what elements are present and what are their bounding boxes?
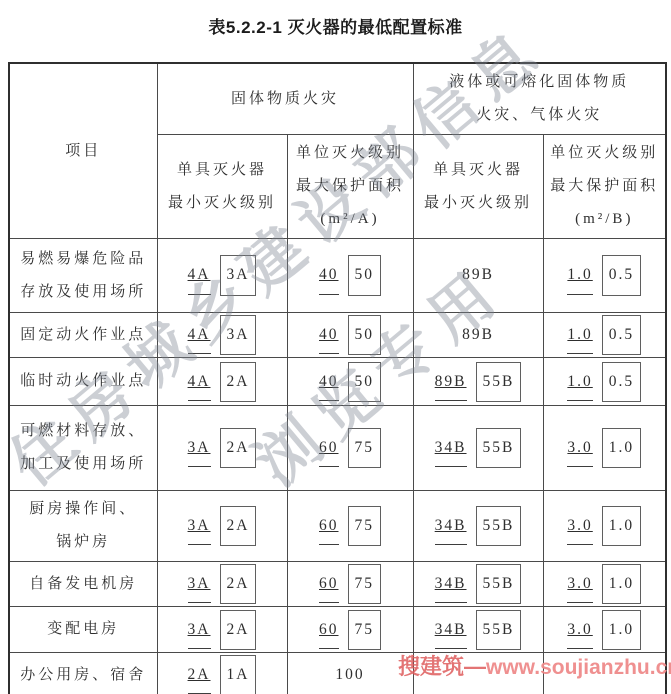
cell-liquid-min-rating: 89B55B: [413, 358, 543, 406]
value-new: 55B: [476, 610, 522, 650]
value-old: 40: [319, 365, 339, 401]
cell-solid-min-rating: 4A2A: [157, 358, 287, 406]
cell-solid-min-rating: 3A2A: [157, 406, 287, 491]
value-old: 60: [319, 431, 339, 467]
value-new: 3A: [220, 315, 257, 355]
cell-liquid-min-rating: [413, 653, 543, 694]
value-new: 0.5: [602, 255, 641, 295]
value-new: 2A: [220, 362, 257, 402]
table-row: 自备发电机房 3A2A 6075 34B55B 3.01.0: [9, 562, 666, 607]
value-old: 2A: [188, 658, 211, 694]
cell-solid-min-rating: 2A1A: [157, 653, 287, 694]
value-old: 3A: [188, 613, 211, 649]
value-new: 1.0: [602, 610, 641, 650]
row-label: 自备发电机房: [9, 562, 157, 607]
row-label: 易燃易爆危险品 存放及使用场所: [9, 239, 157, 313]
value-new: 55B: [476, 564, 522, 604]
value-old: 34B: [435, 613, 467, 649]
value-old: 60: [319, 567, 339, 603]
value-old: 34B: [435, 567, 467, 603]
subheader-solid-max-area: 单位灭火级别 最大保护面积 (m²/A): [287, 135, 413, 239]
value-old: 3A: [188, 431, 211, 467]
table-row: 可燃材料存放、 加工及使用场所 3A2A 6075 34B55B 3.01.0: [9, 406, 666, 491]
group-header-liquid: 液体或可熔化固体物质 火灾、气体火灾: [413, 63, 666, 135]
cell-solid-max-area: 100: [287, 653, 413, 694]
cell-solid-max-area: 4050: [287, 313, 413, 358]
value-old: 1.0: [567, 258, 592, 294]
value-old: 3.0: [567, 613, 592, 649]
config-table: 项目 固体物质火灾 液体或可熔化固体物质 火灾、气体火灾 单具灭火器 最小灭火级…: [8, 62, 667, 694]
row-label: 变配电房: [9, 607, 157, 653]
value-new: 50: [348, 362, 382, 402]
cell-solid-min-rating: 3A2A: [157, 562, 287, 607]
value-new: 2A: [220, 564, 257, 604]
cell-liquid-max-area: 3.01.0: [543, 607, 666, 653]
value-old: 1.0: [567, 318, 592, 354]
item-header: 项目: [9, 63, 157, 239]
value-old: 34B: [435, 431, 467, 467]
value-new: 75: [348, 610, 382, 650]
subheader-solid-min-rating: 单具灭火器 最小灭火级别: [157, 135, 287, 239]
cell-liquid-min-rating: 34B55B: [413, 406, 543, 491]
value-old: 3A: [188, 509, 211, 545]
value-old: 89B: [435, 365, 467, 401]
table-row: 变配电房 3A2A 6075 34B55B 3.01.0: [9, 607, 666, 653]
value-old: 3.0: [567, 567, 592, 603]
subheader-liquid-min-rating: 单具灭火器 最小灭火级别: [413, 135, 543, 239]
value-new: 55B: [476, 362, 522, 402]
value-new: 1.0: [602, 564, 641, 604]
value-new: 50: [348, 315, 382, 355]
cell-liquid-min-rating: 34B55B: [413, 562, 543, 607]
value-new: 1.0: [602, 506, 641, 546]
row-label: 办公用房、宿舍: [9, 653, 157, 694]
row-label: 临时动火作业点: [9, 358, 157, 406]
value-new: 0.5: [602, 315, 641, 355]
cell-solid-min-rating: 4A3A: [157, 239, 287, 313]
value-old: 60: [319, 613, 339, 649]
table-body: 项目 固体物质火灾 液体或可熔化固体物质 火灾、气体火灾 单具灭火器 最小灭火级…: [9, 63, 666, 694]
value-new: 55B: [476, 428, 522, 468]
value-old: 3A: [188, 567, 211, 603]
cell-solid-max-area: 4050: [287, 358, 413, 406]
row-label: 固定动火作业点: [9, 313, 157, 358]
value-old: 3.0: [567, 509, 592, 545]
value-old: 40: [319, 318, 339, 354]
value-old: 60: [319, 509, 339, 545]
cell-liquid-min-rating: 34B55B: [413, 607, 543, 653]
page-title: 表5.2.2-1 灭火器的最低配置标准: [0, 13, 671, 38]
value-new: 0.5: [602, 362, 641, 402]
cell-solid-min-rating: 4A3A: [157, 313, 287, 358]
cell-liquid-min-rating: 34B55B: [413, 491, 543, 562]
value-new: 2A: [220, 610, 257, 650]
row-label: 厨房操作间、 锅炉房: [9, 491, 157, 562]
value-new: 75: [348, 428, 382, 468]
cell-liquid-max-area: 1.00.5: [543, 358, 666, 406]
value-new: 2A: [220, 506, 257, 546]
value-new: 3A: [220, 255, 257, 295]
value-new: 55B: [476, 506, 522, 546]
cell-liquid-max-area: 3.01.0: [543, 562, 666, 607]
row-label: 可燃材料存放、 加工及使用场所: [9, 406, 157, 491]
cell-liquid-min-rating: 89B: [413, 313, 543, 358]
cell-liquid-min-rating: 89B: [413, 239, 543, 313]
value-old: 3.0: [567, 431, 592, 467]
value-old: 40: [319, 258, 339, 294]
cell-solid-max-area: 6075: [287, 562, 413, 607]
value-plain: 100: [335, 658, 364, 692]
cell-liquid-max-area: 3.01.0: [543, 491, 666, 562]
table-row: 易燃易爆危险品 存放及使用场所 4A3A 4050 89B 1.00.5: [9, 239, 666, 313]
document-page: 表5.2.2-1 灭火器的最低配置标准 项目 固体物质火灾 液体或可熔化固体物质…: [0, 0, 671, 694]
subheader-liquid-max-area: 单位灭火级别 最大保护面积 (m²/B): [543, 135, 666, 239]
value-old: 1.0: [567, 365, 592, 401]
value-old: 4A: [188, 365, 211, 401]
cell-solid-max-area: 4050: [287, 239, 413, 313]
table-row: 厨房操作间、 锅炉房 3A2A 6075 34B55B 3.01.0: [9, 491, 666, 562]
value-new: 75: [348, 564, 382, 604]
value-old: 4A: [188, 258, 211, 294]
cell-solid-max-area: 6075: [287, 406, 413, 491]
cell-liquid-max-area: 1.00.5: [543, 239, 666, 313]
value-old: 34B: [435, 509, 467, 545]
cell-liquid-max-area: 3.01.0: [543, 406, 666, 491]
value-new: 50: [348, 255, 382, 295]
value-new: 75: [348, 506, 382, 546]
table-row: 固定动火作业点 4A3A 4050 89B 1.00.5: [9, 313, 666, 358]
value-plain: 89B: [462, 258, 494, 292]
cell-solid-max-area: 6075: [287, 607, 413, 653]
group-header-solid: 固体物质火灾: [157, 63, 413, 135]
table-row: 办公用房、宿舍 2A1A 100: [9, 653, 666, 694]
header-group-row: 项目 固体物质火灾 液体或可熔化固体物质 火灾、气体火灾: [9, 63, 666, 135]
cell-solid-max-area: 6075: [287, 491, 413, 562]
cell-liquid-max-area: [543, 653, 666, 694]
cell-liquid-max-area: 1.00.5: [543, 313, 666, 358]
value-plain: 89B: [462, 318, 494, 352]
value-new: 2A: [220, 428, 257, 468]
value-old: 4A: [188, 318, 211, 354]
value-new: 1.0: [602, 428, 641, 468]
cell-solid-min-rating: 3A2A: [157, 607, 287, 653]
value-new: 1A: [220, 655, 257, 694]
table-row: 临时动火作业点 4A2A 4050 89B55B 1.00.5: [9, 358, 666, 406]
cell-solid-min-rating: 3A2A: [157, 491, 287, 562]
